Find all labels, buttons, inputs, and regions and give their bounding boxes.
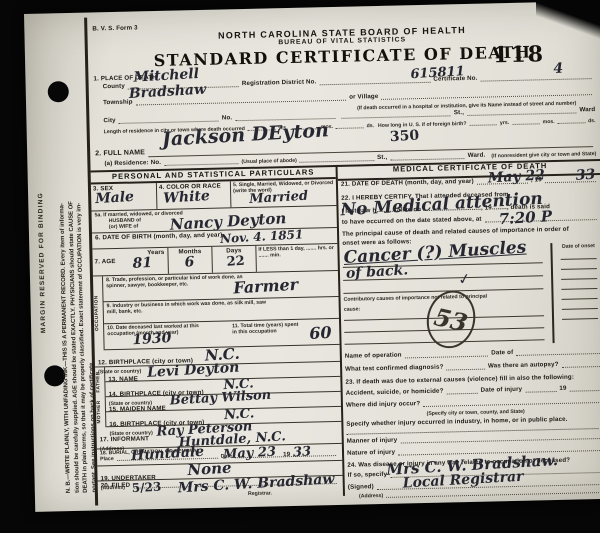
age-months-value: 6 bbox=[184, 254, 195, 271]
occupation-side-text: OCCUPATION bbox=[96, 296, 102, 332]
reg-district-line bbox=[319, 82, 430, 86]
burial-year-value: 33 bbox=[293, 444, 312, 460]
onset-rule-1 bbox=[560, 258, 596, 260]
village-line bbox=[381, 94, 592, 100]
for-yrs-label: yrs. bbox=[500, 120, 509, 126]
for-ds-label: ds. bbox=[588, 118, 596, 124]
total-time-label: 11. Total time (years) spent in this occ… bbox=[232, 322, 302, 336]
occupation-rows: 8. Trade, profession, or particular kind… bbox=[103, 271, 340, 350]
signed-label: (Signed) bbox=[348, 483, 374, 491]
reg-district-value: 615811 bbox=[410, 64, 465, 82]
residence-line1 bbox=[164, 163, 238, 166]
age-days-value: 22 bbox=[226, 254, 245, 270]
age-years-cell: 7. AGE Years 81 bbox=[92, 248, 169, 276]
injury-19-label: 19 bbox=[559, 385, 566, 393]
check-mark: ✓ bbox=[457, 271, 472, 288]
industry-label: 9. Industry or business in which work wa… bbox=[107, 300, 267, 316]
certificate-stamp-number: 118 bbox=[493, 43, 545, 66]
less-than-day-label: If LESS than 1 day, ....... hrs. or ....… bbox=[258, 245, 335, 259]
autopsy-label: Was there an autopsy? bbox=[488, 361, 559, 370]
scan-corner-shadow bbox=[536, 0, 600, 40]
race-value: White bbox=[163, 188, 210, 207]
medical-column: MEDICAL CERTIFICATE OF DEATH 21. DATE OF… bbox=[336, 159, 600, 496]
for-mos-label: mos. bbox=[543, 119, 555, 126]
city-right: (If death occurred in a hospital or inst… bbox=[338, 100, 595, 120]
st-line bbox=[341, 115, 450, 118]
test-row: What test confirmed diagnosis? Was there… bbox=[345, 360, 600, 374]
race-cell: 4. COLOR OR RACE White bbox=[157, 181, 232, 209]
where-line bbox=[423, 402, 600, 407]
occupation-group: OCCUPATION 8. Trade, profession, or part… bbox=[93, 271, 340, 351]
nonresident-note: (If nonresident give city or town and St… bbox=[491, 151, 596, 160]
residence-ward-label: Ward. bbox=[468, 152, 486, 160]
nature-label: Nature of injury bbox=[347, 449, 395, 458]
sex-cell: 3. SEX Male bbox=[91, 183, 158, 210]
residence-st-label: St., bbox=[377, 154, 387, 162]
onset-rule-4 bbox=[561, 288, 597, 290]
marital-cell: 5. Single, Married, Widowed, or Divorced… bbox=[231, 179, 337, 207]
time-of-death-value: 7:20 P bbox=[498, 207, 552, 228]
injury-date-line bbox=[525, 391, 556, 393]
for-ds-line bbox=[558, 123, 585, 125]
age-less-cell: If LESS than 1 day, ....... hrs. or ....… bbox=[256, 244, 338, 272]
onset-rule-6 bbox=[562, 308, 598, 310]
operation-line bbox=[405, 355, 489, 358]
age-months-cell: Months 6 bbox=[168, 247, 213, 274]
abode-note: (Usual place of abode) bbox=[241, 157, 296, 164]
city-label: City bbox=[103, 117, 115, 125]
st-label: St., bbox=[454, 109, 464, 117]
township-line bbox=[136, 99, 347, 105]
marital-value: Married bbox=[249, 189, 309, 207]
onset-label: Date of onset bbox=[552, 243, 600, 250]
manner-row: Manner of injury bbox=[347, 432, 600, 446]
father-side-text: FATHER bbox=[97, 372, 102, 393]
onset-rule-3 bbox=[561, 278, 597, 280]
operation-date-label: Date of bbox=[491, 349, 513, 357]
county-label: County bbox=[103, 83, 125, 91]
onset-rule-2 bbox=[561, 268, 597, 270]
residence-label: (a) Residence: No. bbox=[104, 159, 161, 168]
date-of-onset-box: Date of onset bbox=[550, 242, 600, 343]
last-worked-value: 1930 bbox=[132, 330, 172, 348]
mother-side-label: MOTHER bbox=[96, 397, 107, 427]
burial-place-label: Place bbox=[100, 456, 114, 463]
test-line bbox=[447, 368, 486, 370]
accident-line bbox=[447, 393, 478, 395]
residence-line3 bbox=[390, 158, 464, 161]
onset-rule-7 bbox=[562, 318, 598, 320]
city-line bbox=[119, 121, 219, 124]
age-years-value: 81 bbox=[132, 255, 152, 272]
test-label: What test confirmed diagnosis? bbox=[345, 364, 444, 374]
undertaker-value: None bbox=[187, 459, 232, 480]
manner-label: Manner of injury bbox=[347, 437, 398, 446]
certificate-form: B. V. S. Form 3 NORTH CAROLINA STATE BOA… bbox=[84, 6, 600, 505]
street-no-label: No. bbox=[222, 115, 233, 123]
age-label: 7. AGE bbox=[95, 258, 116, 265]
autopsy-line bbox=[562, 366, 600, 368]
principal-cause-label1: The principal cause of death and related… bbox=[342, 226, 569, 239]
sex-value: Male bbox=[95, 189, 135, 207]
dod-value: May 22 bbox=[487, 167, 545, 186]
father-side-label: FATHER bbox=[95, 367, 106, 397]
residence-line2 bbox=[300, 160, 374, 163]
filed-date-value: 5/23 bbox=[131, 480, 161, 496]
dod-year-value: 33 bbox=[575, 167, 595, 184]
full-name-number: 350 bbox=[389, 128, 419, 146]
reg-district-label: Registration District No. bbox=[242, 78, 317, 87]
injury-date-label: Date of injury bbox=[481, 386, 523, 395]
cert-no-line bbox=[481, 78, 592, 82]
for-mos-line bbox=[512, 124, 539, 126]
full-name-label: 2. FULL NAME bbox=[95, 150, 145, 160]
certificate-paper: MARGIN RESERVED FOR BINDING N. B.—WRITE … bbox=[24, 1, 600, 512]
ifso-label: If so, specify bbox=[347, 471, 387, 480]
contributory-label2: cause: bbox=[344, 306, 361, 313]
ward-label: Ward bbox=[579, 106, 595, 114]
accident-label: Accident, suicide, or homicide? bbox=[346, 388, 444, 398]
stamp-53-value: 53 bbox=[432, 302, 471, 338]
onset-rule-5 bbox=[561, 298, 597, 300]
injury-year-line bbox=[570, 390, 600, 392]
village-label: or Village bbox=[349, 93, 378, 101]
dod-label: 21. DATE OF DEATH (month, day, and year) bbox=[341, 178, 474, 189]
where-label: Where did injury occur? bbox=[346, 400, 420, 409]
for-yrs-line bbox=[470, 125, 497, 127]
address-sign-label: (Address) bbox=[359, 493, 383, 500]
manner-line bbox=[400, 438, 600, 444]
res-ds-label: ds. bbox=[366, 123, 374, 129]
medical-title: MEDICAL CERTIFICATE OF DEATH bbox=[338, 161, 600, 175]
accident-row: Accident, suicide, or homicide? Date of … bbox=[346, 384, 600, 398]
scanned-death-certificate: MARGIN RESERVED FOR BINDING N. B.—WRITE … bbox=[0, 0, 600, 533]
burial-19-label: 19 bbox=[283, 451, 290, 459]
address-sign-line bbox=[386, 492, 600, 498]
trade-value: Farmer bbox=[233, 275, 299, 298]
mother-side-text: MOTHER bbox=[98, 401, 103, 424]
filed-label: 20. FILED bbox=[101, 482, 131, 490]
cert-no-value: 4 bbox=[553, 61, 564, 78]
personal-column: PERSONAL AND STATISTICAL PARTICULARS 3. … bbox=[91, 165, 343, 501]
operation-label: Name of operation bbox=[345, 352, 402, 361]
total-time-value: 60 bbox=[309, 323, 332, 343]
operation-date-line bbox=[516, 353, 600, 356]
margin-binding-note: MARGIN RESERVED FOR BINDING bbox=[34, 118, 53, 408]
age-days-cell: Days 22 bbox=[212, 246, 257, 273]
foreign-birth-label: How long in U. S. if of foreign birth? bbox=[378, 121, 467, 129]
informant-label: 17. INFORMANT bbox=[100, 435, 150, 443]
filed-row: 20. FILED 5/23 Mrs C. W. Bradshaw Regist… bbox=[98, 476, 343, 505]
operation-row: Name of operation Date of bbox=[345, 347, 600, 361]
res-ds-line bbox=[336, 128, 363, 130]
ward-line bbox=[467, 112, 576, 115]
